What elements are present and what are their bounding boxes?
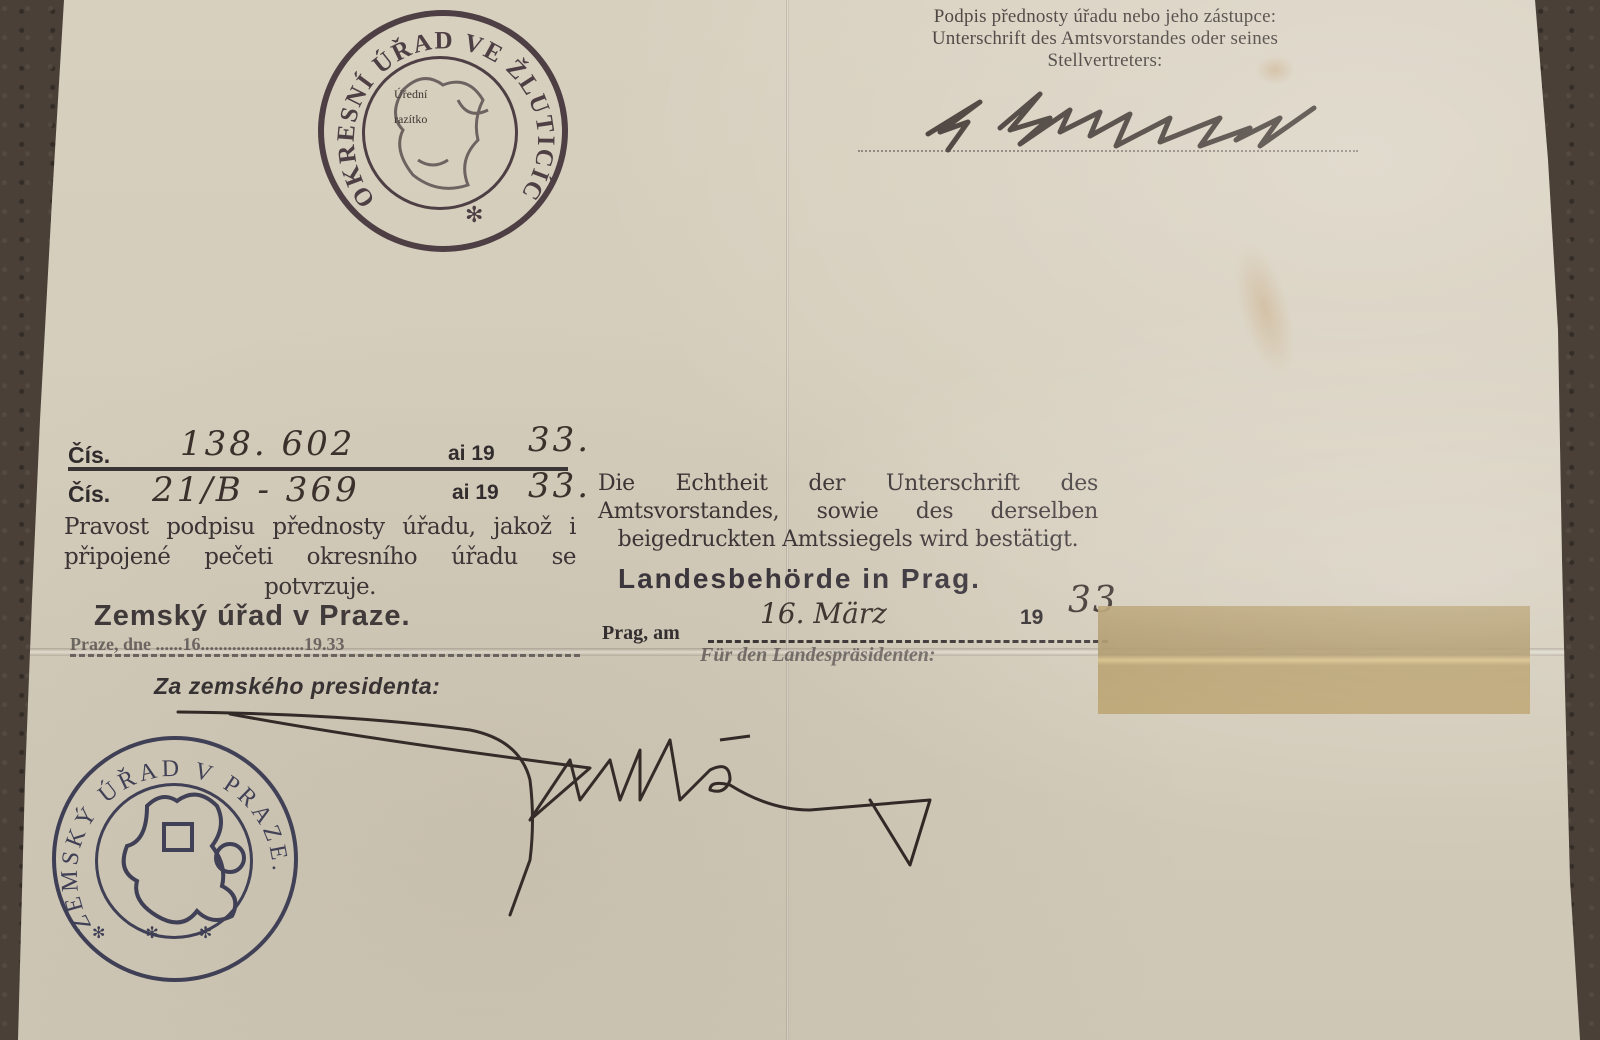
star-icon: ✻ <box>465 202 483 227</box>
district-stamp-ring-text: OKRESNÍ ÚŘAD VE ŽLUTICÍCH ✻ <box>318 10 568 252</box>
signature-dotted-line <box>858 150 1358 152</box>
horizontal-fold-crease <box>28 648 1568 656</box>
document-paper: Podpis přednosty úřadu nebo jeho zástupc… <box>0 0 1600 1040</box>
office-head-signature-icon <box>920 88 1340 158</box>
stamp-center-label: razítko <box>394 112 427 127</box>
ref-number: 138. 602 <box>180 424 355 464</box>
land-stamp-ring-text: ZEMSKÝ ÚŘAD V PRAZE. ✻ ✻ ✻ <box>52 736 298 982</box>
star-icon: ✻ ✻ ✻ <box>92 925 230 942</box>
german-year-prefix: 19 <box>1020 606 1043 630</box>
german-date-dotted-line <box>708 640 1108 643</box>
caption-line-german: Unterschrift des Amtsvorstandes oder sei… <box>870 28 1340 50</box>
german-office-stamp-text: Landesbehörde in Prag. <box>618 563 981 595</box>
stamp-inner-ring <box>362 56 518 210</box>
czech-date-line: Praze, dne ......16.....................… <box>70 634 580 657</box>
stamp-inner-ring <box>95 783 253 939</box>
adhesive-tape-repair <box>1098 606 1530 714</box>
ref-year: 33. <box>528 466 591 506</box>
reference-divider <box>68 467 568 471</box>
stamp-center-label: Úřední <box>394 87 427 102</box>
lion-emblem-icon <box>124 795 244 923</box>
ref-label: Čís. <box>68 481 110 508</box>
ref-year: 33. <box>528 420 591 460</box>
caption-line-czech: Podpis přednosty úřadu nebo jeho zástupc… <box>870 6 1340 28</box>
ref-label: Čís. <box>68 442 110 469</box>
svg-text:OKRESNÍ ÚŘAD VE ŽLUTICÍCH: OKRESNÍ ÚŘAD VE ŽLUTICÍCH <box>307 0 559 212</box>
ref-number: 21/B - 369 <box>152 470 360 510</box>
president-signature-icon <box>170 700 950 920</box>
czech-office-stamp-text: Zemský úřad v Praze. <box>94 600 411 633</box>
german-date-label: Prag, am <box>602 622 680 645</box>
vertical-fold-crease <box>786 0 789 1040</box>
caption-line-german-2: Stellvertreters: <box>870 50 1340 72</box>
german-handwritten-year: 33 <box>1068 580 1118 621</box>
czech-authentication-text: Pravost podpisu přednosty úřadu, jakož i… <box>64 512 576 602</box>
signature-caption: Podpis přednosty úřadu nebo jeho zástupc… <box>870 6 1340 72</box>
svg-text:ZEMSKÝ ÚŘAD V PRAZE.: ZEMSKÝ ÚŘAD V PRAZE. <box>57 756 294 936</box>
german-president-line: Für den Landespräsidenten: <box>700 644 936 667</box>
lion-emblem-icon <box>396 79 489 189</box>
ref-year-prefix: ai 19 <box>452 481 499 505</box>
german-handwritten-date: 16. März <box>760 597 887 630</box>
water-stain <box>1255 55 1295 85</box>
land-office-stamp <box>52 736 298 982</box>
water-stain <box>1223 236 1308 384</box>
german-authentication-text: Die Echtheit der Unterschrift des Amtsvo… <box>598 470 1098 554</box>
czech-president-line: Za zemského presidenta: <box>154 673 440 700</box>
district-office-stamp <box>318 10 568 252</box>
ref-year-prefix: ai 19 <box>448 442 495 466</box>
